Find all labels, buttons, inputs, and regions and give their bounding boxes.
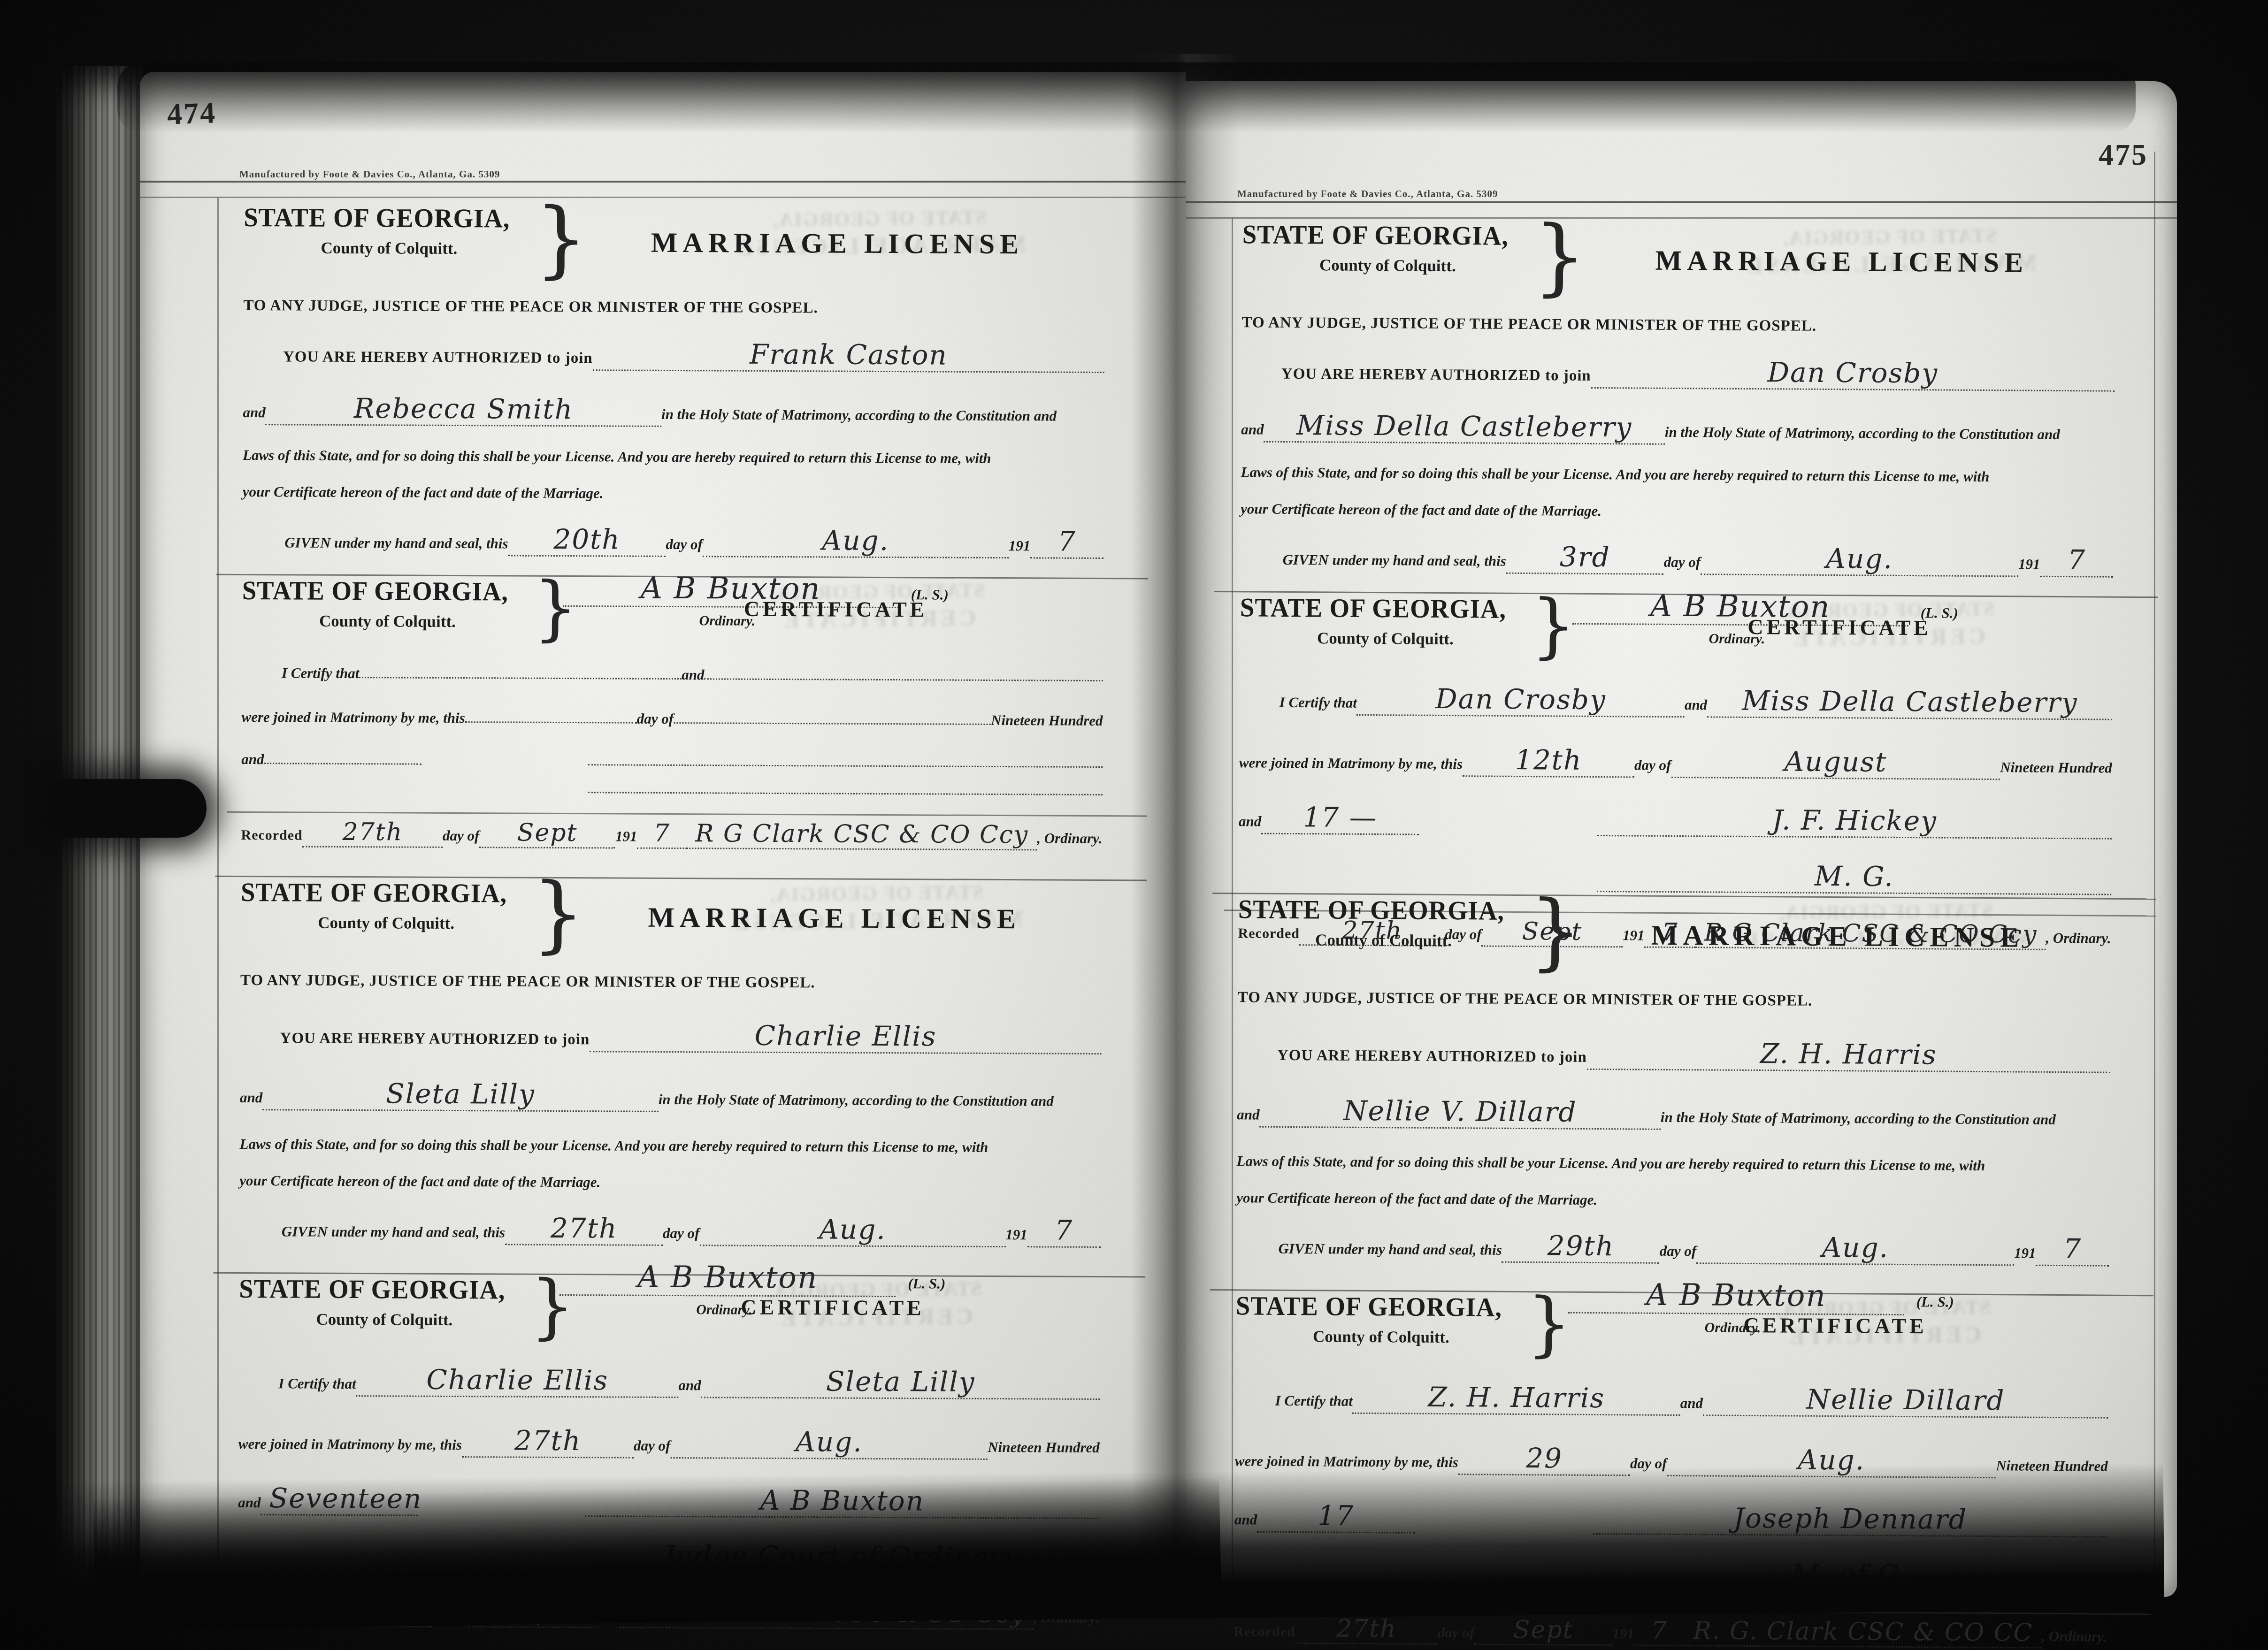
minister-title: M. of G. bbox=[1791, 1558, 1908, 1591]
year-prefix: 191 bbox=[2018, 556, 2040, 573]
certificate-block: STATE OF GEORGIA,CERTIFICATE STATE OF GE… bbox=[238, 1274, 1101, 1578]
year-prefix: 191 bbox=[2014, 1245, 2036, 1261]
cert-bride-name: Sleta Lilly bbox=[826, 1365, 975, 1398]
recorded-label: Recorded bbox=[241, 827, 302, 844]
matrimony-text: in the Holy State of Matrimony, accordin… bbox=[1665, 424, 2060, 443]
state-heading: STATE OF GEORGIA, bbox=[1240, 592, 1520, 625]
license-year-digit: 7 bbox=[1058, 526, 1076, 558]
judge-line: TO ANY JUDGE, JUSTICE OF THE PEACE OR MI… bbox=[1241, 314, 2115, 336]
cert-bride-name: Miss Della Castleberry bbox=[1742, 685, 2078, 718]
cert-groom-name: Charlie Ellis bbox=[426, 1364, 608, 1397]
margin-line bbox=[217, 198, 219, 1590]
state-heading: STATE OF GEORGIA, bbox=[1242, 219, 1522, 252]
day-of-label: day of bbox=[634, 1437, 671, 1454]
certificate-title: CERTIFICATE bbox=[565, 1275, 1100, 1321]
state-heading: STATE OF GEORGIA, bbox=[1238, 894, 1518, 926]
cert-groom-name: Dan Crosby bbox=[1435, 683, 1606, 716]
state-heading: STATE OF GEORGIA, bbox=[244, 202, 523, 234]
authorized-label: YOU ARE HEREBY AUTHORIZED to join bbox=[283, 348, 593, 367]
day-of-label: day of bbox=[637, 710, 674, 727]
and-label: and bbox=[682, 666, 704, 683]
page-number-left: 474 bbox=[167, 95, 217, 132]
marriage-license-block: STATE OF GEORGIA,MARRIAGE LICENSE STATE … bbox=[242, 202, 1105, 578]
cert-year-words: 17 — bbox=[1303, 801, 1378, 833]
nineteen-hundred-label: Nineteen Hundred bbox=[988, 1439, 1100, 1456]
and-label: and bbox=[241, 751, 264, 768]
license-day: 29th bbox=[1547, 1230, 1614, 1262]
bride-name: Sleta Lilly bbox=[386, 1077, 535, 1110]
cert-day: 29 bbox=[1526, 1442, 1563, 1474]
hereon-line: your Certificate hereon of the fact and … bbox=[1241, 500, 2114, 522]
page-475: 475 Manufactured by Foote & Davies Co., … bbox=[1186, 81, 2177, 1597]
year-prefix: 191 bbox=[598, 1607, 620, 1624]
brace-glyph: } bbox=[1533, 221, 1569, 291]
laws-line: Laws of this State, and for so doing thi… bbox=[243, 447, 1104, 467]
joined-label: were joined in Matrimony by me, this bbox=[1235, 1452, 1458, 1471]
page-474: 474 Manufactured by Foote & Davies Co., … bbox=[140, 72, 1186, 1596]
cert-month: Aug. bbox=[1798, 1444, 1865, 1476]
certify-label: I Certify that bbox=[278, 1375, 356, 1392]
license-day: 27th bbox=[551, 1212, 618, 1245]
matrimony-text: in the Holy State of Matrimony, accordin… bbox=[661, 406, 1057, 425]
license-day: 20th bbox=[553, 523, 621, 556]
and-label: and bbox=[1237, 1106, 1259, 1123]
judge-line: TO ANY JUDGE, JUSTICE OF THE PEACE OR MI… bbox=[243, 297, 1104, 318]
matrimony-text: in the Holy State of Matrimony, accordin… bbox=[659, 1091, 1054, 1110]
county-heading: County of Colquitt. bbox=[239, 1310, 530, 1330]
day-of-label: day of bbox=[666, 536, 703, 553]
license-title: MARRIAGE LICENSE bbox=[1564, 896, 2111, 955]
joined-label: were joined in Matrimony by me, this bbox=[238, 1436, 462, 1453]
judge-line: TO ANY JUDGE, JUSTICE OF THE PEACE OR MI… bbox=[1238, 989, 2111, 1011]
groom-name: Charlie Ellis bbox=[755, 1020, 937, 1053]
year-prefix: 191 bbox=[1005, 1226, 1027, 1243]
groom-name: Dan Crosby bbox=[1767, 356, 1938, 389]
ruled-line bbox=[1220, 1608, 2152, 1615]
brace-glyph: } bbox=[1529, 896, 1564, 966]
year-prefix: 191 bbox=[615, 828, 637, 845]
ordinary-suffix: , Ordinary. bbox=[2041, 1628, 2107, 1645]
ruled-line bbox=[223, 1591, 1143, 1597]
ruled-line bbox=[227, 811, 1147, 817]
brace-glyph: } bbox=[530, 1275, 566, 1338]
and-label: and bbox=[679, 1377, 701, 1394]
authorized-label: YOU ARE HEREBY AUTHORIZED to join bbox=[1277, 1047, 1587, 1066]
day-of-label: day of bbox=[432, 1607, 469, 1624]
page-number-right: 475 bbox=[2099, 137, 2148, 172]
year-prefix: 191 bbox=[1612, 1625, 1634, 1642]
license-month: Aug. bbox=[1822, 1231, 1889, 1264]
and-label: and bbox=[1680, 1395, 1703, 1412]
minister-signature: A B Buxton bbox=[760, 1484, 924, 1517]
certify-label: I Certify that bbox=[282, 665, 359, 682]
bride-name: Nellie V. Dillard bbox=[1343, 1095, 1577, 1128]
county-heading: County of Colquitt. bbox=[242, 611, 533, 632]
laws-line: Laws of this State, and for so doing thi… bbox=[1241, 464, 2114, 486]
day-of-label: day of bbox=[1660, 1243, 1697, 1260]
day-of-label: day of bbox=[1664, 554, 1701, 571]
groom-name: Z. H. Harris bbox=[1760, 1038, 1937, 1070]
given-label: GIVEN under my hand and seal, this bbox=[282, 1223, 505, 1241]
nineteen-hundred-label: Nineteen Hundred bbox=[991, 712, 1103, 729]
and-label: and bbox=[238, 1494, 261, 1511]
laws-line: Laws of this State, and for so doing thi… bbox=[1237, 1153, 2110, 1175]
authorized-label: YOU ARE HEREBY AUTHORIZED to join bbox=[1281, 366, 1591, 385]
day-of-label: day of bbox=[1630, 1455, 1667, 1472]
license-year-digit: 7 bbox=[1055, 1215, 1073, 1246]
brace-glyph: } bbox=[1531, 594, 1566, 657]
manufacturer-imprint: Manufactured by Foote & Davies Co., Atla… bbox=[1237, 188, 1498, 200]
certificate-title: CERTIFICATE bbox=[568, 577, 1103, 623]
brace-glyph: } bbox=[533, 577, 568, 640]
day-of-label: day of bbox=[443, 827, 480, 844]
state-heading: STATE OF GEORGIA, bbox=[239, 1274, 518, 1306]
cert-bride-name: Nellie Dillard bbox=[1806, 1383, 2005, 1417]
license-title: MARRIAGE LICENSE bbox=[1568, 222, 2115, 280]
nineteen-hundred-label: Nineteen Hundred bbox=[2000, 759, 2112, 776]
recorded-month: Sept bbox=[517, 819, 578, 848]
certify-label: I Certify that bbox=[1275, 1392, 1353, 1410]
marriage-license-block: STATE OF GEORGIA,MARRIAGE LICENSE STATE … bbox=[1240, 219, 2115, 596]
margin-line bbox=[1232, 218, 1233, 1592]
brace-glyph: } bbox=[535, 204, 570, 274]
license-day: 3rd bbox=[1560, 541, 1610, 573]
minister-signature: Joseph Dennard bbox=[1733, 1502, 1968, 1535]
minister-title: Judge Court of Ordinary bbox=[664, 1540, 1020, 1573]
top-rule bbox=[140, 181, 1186, 183]
register-book: 474 Manufactured by Foote & Davies Co., … bbox=[56, 54, 2164, 1607]
judge-line: TO ANY JUDGE, JUSTICE OF THE PEACE OR MI… bbox=[240, 972, 1102, 993]
cert-groom-name: Z. H. Harris bbox=[1428, 1381, 1605, 1414]
manufacturer-imprint: Manufactured by Foote & Davies Co., Atla… bbox=[239, 168, 500, 180]
top-rule bbox=[1186, 201, 2177, 203]
certificate-block: STATE OF GEORGIA,CERTIFICATE STATE OF GE… bbox=[241, 575, 1103, 879]
state-heading: STATE OF GEORGIA, bbox=[241, 877, 520, 909]
recorded-day: 27th bbox=[343, 818, 403, 847]
marriage-license-block: STATE OF GEORGIA,MARRIAGE LICENSE STATE … bbox=[1236, 894, 2111, 1294]
county-heading: County of Colquitt. bbox=[244, 238, 535, 259]
recorded-day: 27th bbox=[335, 1597, 396, 1626]
certify-label: I Certify that bbox=[1280, 694, 1357, 711]
recorded-label: Recorded bbox=[1234, 1624, 1295, 1640]
laws-line: Laws of this State, and for so doing thi… bbox=[240, 1136, 1101, 1156]
top-rule-2 bbox=[1186, 217, 2177, 219]
county-heading: County of Colquitt. bbox=[1235, 1327, 1526, 1347]
hereon-line: your Certificate hereon of the fact and … bbox=[243, 483, 1104, 504]
nineteen-hundred-label: Nineteen Hundred bbox=[1996, 1457, 2108, 1474]
recorded-day: 27th bbox=[1336, 1615, 1397, 1643]
recorded-year-digit: 7 bbox=[654, 819, 670, 848]
recorded-month: Sept bbox=[1513, 1616, 1574, 1644]
minister-signature: J. F. Hickey bbox=[1772, 804, 1937, 837]
license-month: Aug. bbox=[1826, 542, 1893, 575]
county-heading: County of Colquitt. bbox=[1242, 255, 1533, 276]
license-month: Aug. bbox=[822, 524, 889, 557]
state-heading: STATE OF GEORGIA, bbox=[242, 575, 521, 607]
matrimony-text: in the Holy State of Matrimony, accordin… bbox=[1661, 1109, 2056, 1128]
license-month: Aug. bbox=[819, 1213, 886, 1245]
day-of-label: day of bbox=[1634, 756, 1671, 773]
margin-line-right bbox=[2154, 152, 2155, 1592]
recorded-year-digit: 7 bbox=[635, 1599, 651, 1627]
certificate-block: STATE OF GEORGIA,CERTIFICATE STATE OF GE… bbox=[1238, 592, 2113, 898]
cert-month: August bbox=[1784, 745, 1887, 778]
clerk-signature: R. G. Clark CSC & CO Ccy bbox=[675, 1599, 1025, 1628]
day-of-label: day of bbox=[663, 1225, 700, 1242]
given-label: GIVEN under my hand and seal, this bbox=[1278, 1240, 1502, 1259]
clerk-signature: R. G. Clark CSC & CO CC bbox=[1693, 1617, 2033, 1647]
county-heading: County of Colquitt. bbox=[1238, 930, 1529, 951]
state-heading: STATE OF GEORGIA, bbox=[1236, 1291, 1516, 1323]
cert-year-words: 17 bbox=[1318, 1499, 1354, 1531]
and-label: and bbox=[1685, 696, 1707, 713]
cert-year-words: Seventeen bbox=[269, 1482, 422, 1514]
license-year-digit: 7 bbox=[2068, 544, 2086, 576]
certificate-title: CERTIFICATE bbox=[1562, 1293, 2109, 1340]
clerk-signature: R G Clark CSC & CO Ccy bbox=[695, 819, 1028, 849]
hereon-line: your Certificate hereon of the fact and … bbox=[239, 1172, 1101, 1193]
cert-month: Aug. bbox=[796, 1426, 863, 1458]
minister-title: M. G. bbox=[1815, 860, 1894, 893]
hereon-line: your Certificate hereon of the fact and … bbox=[1236, 1189, 2109, 1211]
groom-name: Frank Caston bbox=[750, 338, 948, 371]
license-year-digit: 7 bbox=[2063, 1233, 2082, 1265]
top-rule-2 bbox=[140, 197, 1186, 198]
marriage-license-block: STATE OF GEORGIA,MARRIAGE LICENSE STATE … bbox=[239, 877, 1102, 1276]
given-label: GIVEN under my hand and seal, this bbox=[284, 534, 508, 552]
license-title: MARRIAGE LICENSE bbox=[570, 204, 1105, 261]
cert-day: 27th bbox=[514, 1425, 582, 1457]
brace-glyph: } bbox=[1526, 1292, 1562, 1356]
ordinary-suffix: , Ordinary. bbox=[1037, 830, 1102, 847]
authorized-label: YOU ARE HEREBY AUTHORIZED to join bbox=[280, 1030, 590, 1048]
year-prefix: 191 bbox=[1009, 537, 1031, 554]
recorded-label: Recorded bbox=[238, 1607, 299, 1623]
and-label: and bbox=[1234, 1511, 1257, 1528]
given-label: GIVEN under my hand and seal, this bbox=[1282, 551, 1506, 570]
ordinary-suffix: , Ordinary. bbox=[1034, 1609, 1099, 1627]
joined-label: were joined in Matrimony by me, this bbox=[1239, 754, 1463, 772]
certificate-block: STATE OF GEORGIA,CERTIFICATE STATE OF GE… bbox=[1234, 1291, 2109, 1596]
certificate-title: CERTIFICATE bbox=[1566, 595, 2114, 642]
joined-label: were joined in Matrimony by me, this bbox=[242, 709, 465, 726]
and-label: and bbox=[1239, 813, 1261, 830]
and-label: and bbox=[1241, 421, 1264, 438]
county-heading: County of Colquitt. bbox=[241, 913, 532, 933]
and-label: and bbox=[240, 1089, 262, 1106]
day-of-label: day of bbox=[1438, 1624, 1475, 1641]
bride-name: Miss Della Castleberry bbox=[1296, 409, 1632, 443]
bride-name: Rebecca Smith bbox=[354, 392, 574, 425]
thumb-notch bbox=[49, 779, 207, 838]
license-title: MARRIAGE LICENSE bbox=[567, 878, 1102, 936]
brace-glyph: } bbox=[531, 878, 567, 949]
and-label: and bbox=[243, 404, 265, 421]
county-heading: County of Colquitt. bbox=[1240, 628, 1531, 649]
recorded-year-digit: 7 bbox=[1651, 1617, 1668, 1645]
cert-day: 12th bbox=[1515, 744, 1582, 776]
recorded-month: Sept bbox=[503, 1598, 563, 1627]
